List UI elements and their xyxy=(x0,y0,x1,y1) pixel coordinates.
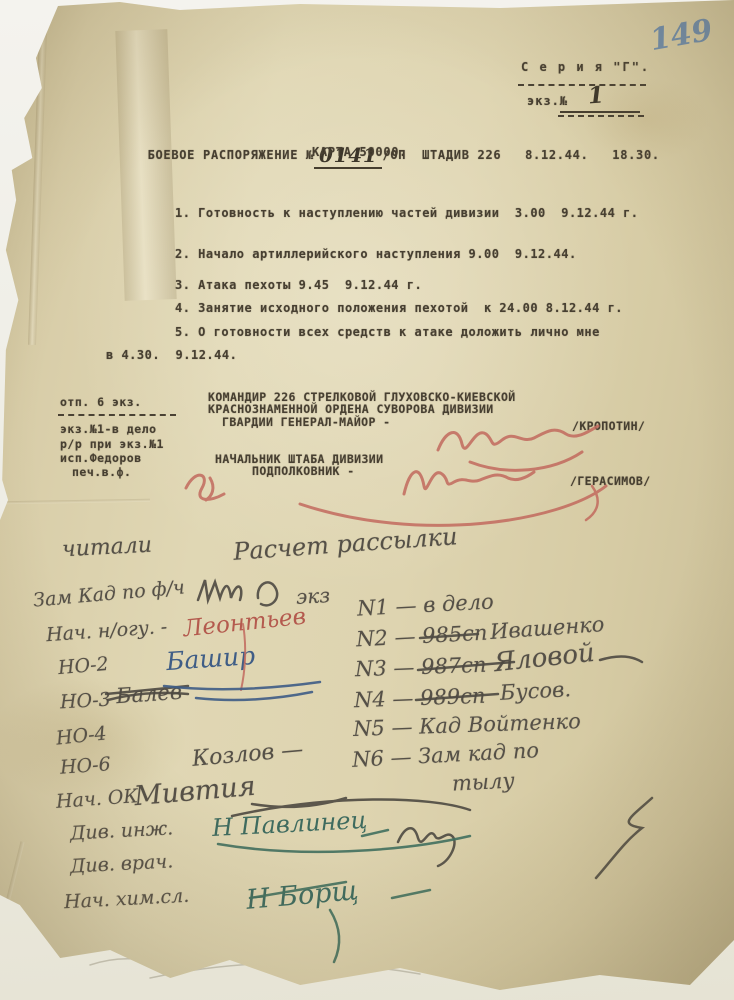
signature-balev: Балев xyxy=(115,680,182,709)
order-item-5-continuation: в 4.30. 9.12.44. xyxy=(106,348,237,362)
order-item-5: 5. О готовности всех средств к атаке дол… xyxy=(175,325,600,339)
copy-dist-name: Яловой xyxy=(493,638,596,678)
copy-number-label: экз.№ xyxy=(527,94,568,108)
commander-title-line2: КРАСНОЗНАМЕННОЙ ОРДЕНА СУВОРОВА ДИВИЗИИ xyxy=(208,402,494,416)
title-post: /ОП ШТАДИВ 226 8.12.44. 18.30. xyxy=(382,148,659,162)
series-line: С е р и я "Г". xyxy=(521,60,650,74)
scanned-document-page: 149 С е р и я "Г". экз.№ 1 БОЕВОЕ РАСПОР… xyxy=(0,0,734,1000)
copies-note-line1: отп. 6 экз. xyxy=(60,395,142,409)
order-item-2: 2. Начало артиллерийского наступления 9.… xyxy=(175,247,577,261)
page-number: 149 xyxy=(647,13,715,58)
order-item-1: 1. Готовность к наступлению частей дивиз… xyxy=(175,206,638,220)
dist-row-label: НО-4 xyxy=(55,722,108,749)
blue-ink-strokes xyxy=(164,682,320,700)
chief-of-staff-line2: ПОДПОЛКОВНИК - xyxy=(252,464,355,478)
copy-dist-line: N1 — в дело xyxy=(356,589,494,620)
signature-mivtia: Мивтия xyxy=(133,771,257,812)
copies-note-line4: исп.Федоров xyxy=(60,451,142,465)
signature-leontev: Леонтьев xyxy=(182,604,307,643)
series-underline xyxy=(518,84,646,86)
copies-note-line5: печ.в.ф. xyxy=(72,465,131,479)
copies-note-dashes xyxy=(58,414,176,416)
order-item-3: 3. Атака пехоты 9.45 9.12.44 г. xyxy=(175,278,422,292)
dist-row-label: Нач. н/огу. - xyxy=(45,616,168,646)
commander-name: /КРОПОТИН/ xyxy=(572,419,645,433)
copies-note-line2: экз.№1-в дело xyxy=(60,422,157,436)
order-item-4: 4. Занятие исходного положения пехотой к… xyxy=(175,301,623,315)
signature-bashir: Башир xyxy=(165,641,256,676)
copy-dist-line: N6 — Зам кад по xyxy=(352,738,540,772)
dist-row-label: Нач. ОК xyxy=(55,785,138,813)
dist-row-label: Зам Кад по ф/ч xyxy=(32,576,185,611)
crease-bottom-left xyxy=(0,841,24,958)
copy-dist-line: N5 — Кад Войтенко xyxy=(353,709,582,741)
copy-dist-line: N3 — 987сп xyxy=(355,653,487,682)
title-pre: БОЕВОЕ РАСПОРЯЖЕНИЕ № xyxy=(148,148,314,162)
commander-title-line3: ГВАРДИИ ГЕНЕРАЛ-МАЙОР - xyxy=(222,415,390,429)
dist-row-label: Нач. хим.сл. xyxy=(64,885,190,914)
dist-row-label: НО-2 xyxy=(57,653,109,679)
dist-row-label: Див. врач. xyxy=(69,850,173,877)
copy-number-dashes xyxy=(558,115,644,117)
signature-pavlinets: Н Павлинец xyxy=(211,806,368,842)
copy-dist-name: Бусов. xyxy=(499,677,571,705)
copy-dist-continuation: тылу xyxy=(451,768,515,795)
fold-crease-left xyxy=(28,0,48,345)
signature-borshch: Н Борщ xyxy=(245,875,360,916)
read-label: читали xyxy=(61,533,152,563)
chief-of-staff-name: /ГЕРАСИМОВ/ xyxy=(570,474,651,488)
dist-row-label: Див. инж. xyxy=(69,817,173,844)
dist-row-label: НО-3 xyxy=(59,689,111,714)
dist-row-label: НО-6 xyxy=(59,753,111,778)
map-scale-line: КАРТА 50000. xyxy=(312,145,407,159)
copies-note-line3: р/р при экз.№1 xyxy=(60,437,164,451)
aged-paper-sheet: 149 С е р и я "Г". экз.№ 1 БОЕВОЕ РАСПОР… xyxy=(0,0,734,1000)
copy-number-value: 1 xyxy=(587,81,605,109)
copy-dist-line: N2 — 985сп xyxy=(355,621,488,652)
distribution-title: Расчет рассылки xyxy=(232,522,458,566)
crease-middle xyxy=(0,499,150,505)
signature-kozlov: Козлов — xyxy=(191,737,304,772)
copy-number-line xyxy=(560,111,640,113)
copy-dist-line: N4 — 989сп xyxy=(354,684,486,713)
